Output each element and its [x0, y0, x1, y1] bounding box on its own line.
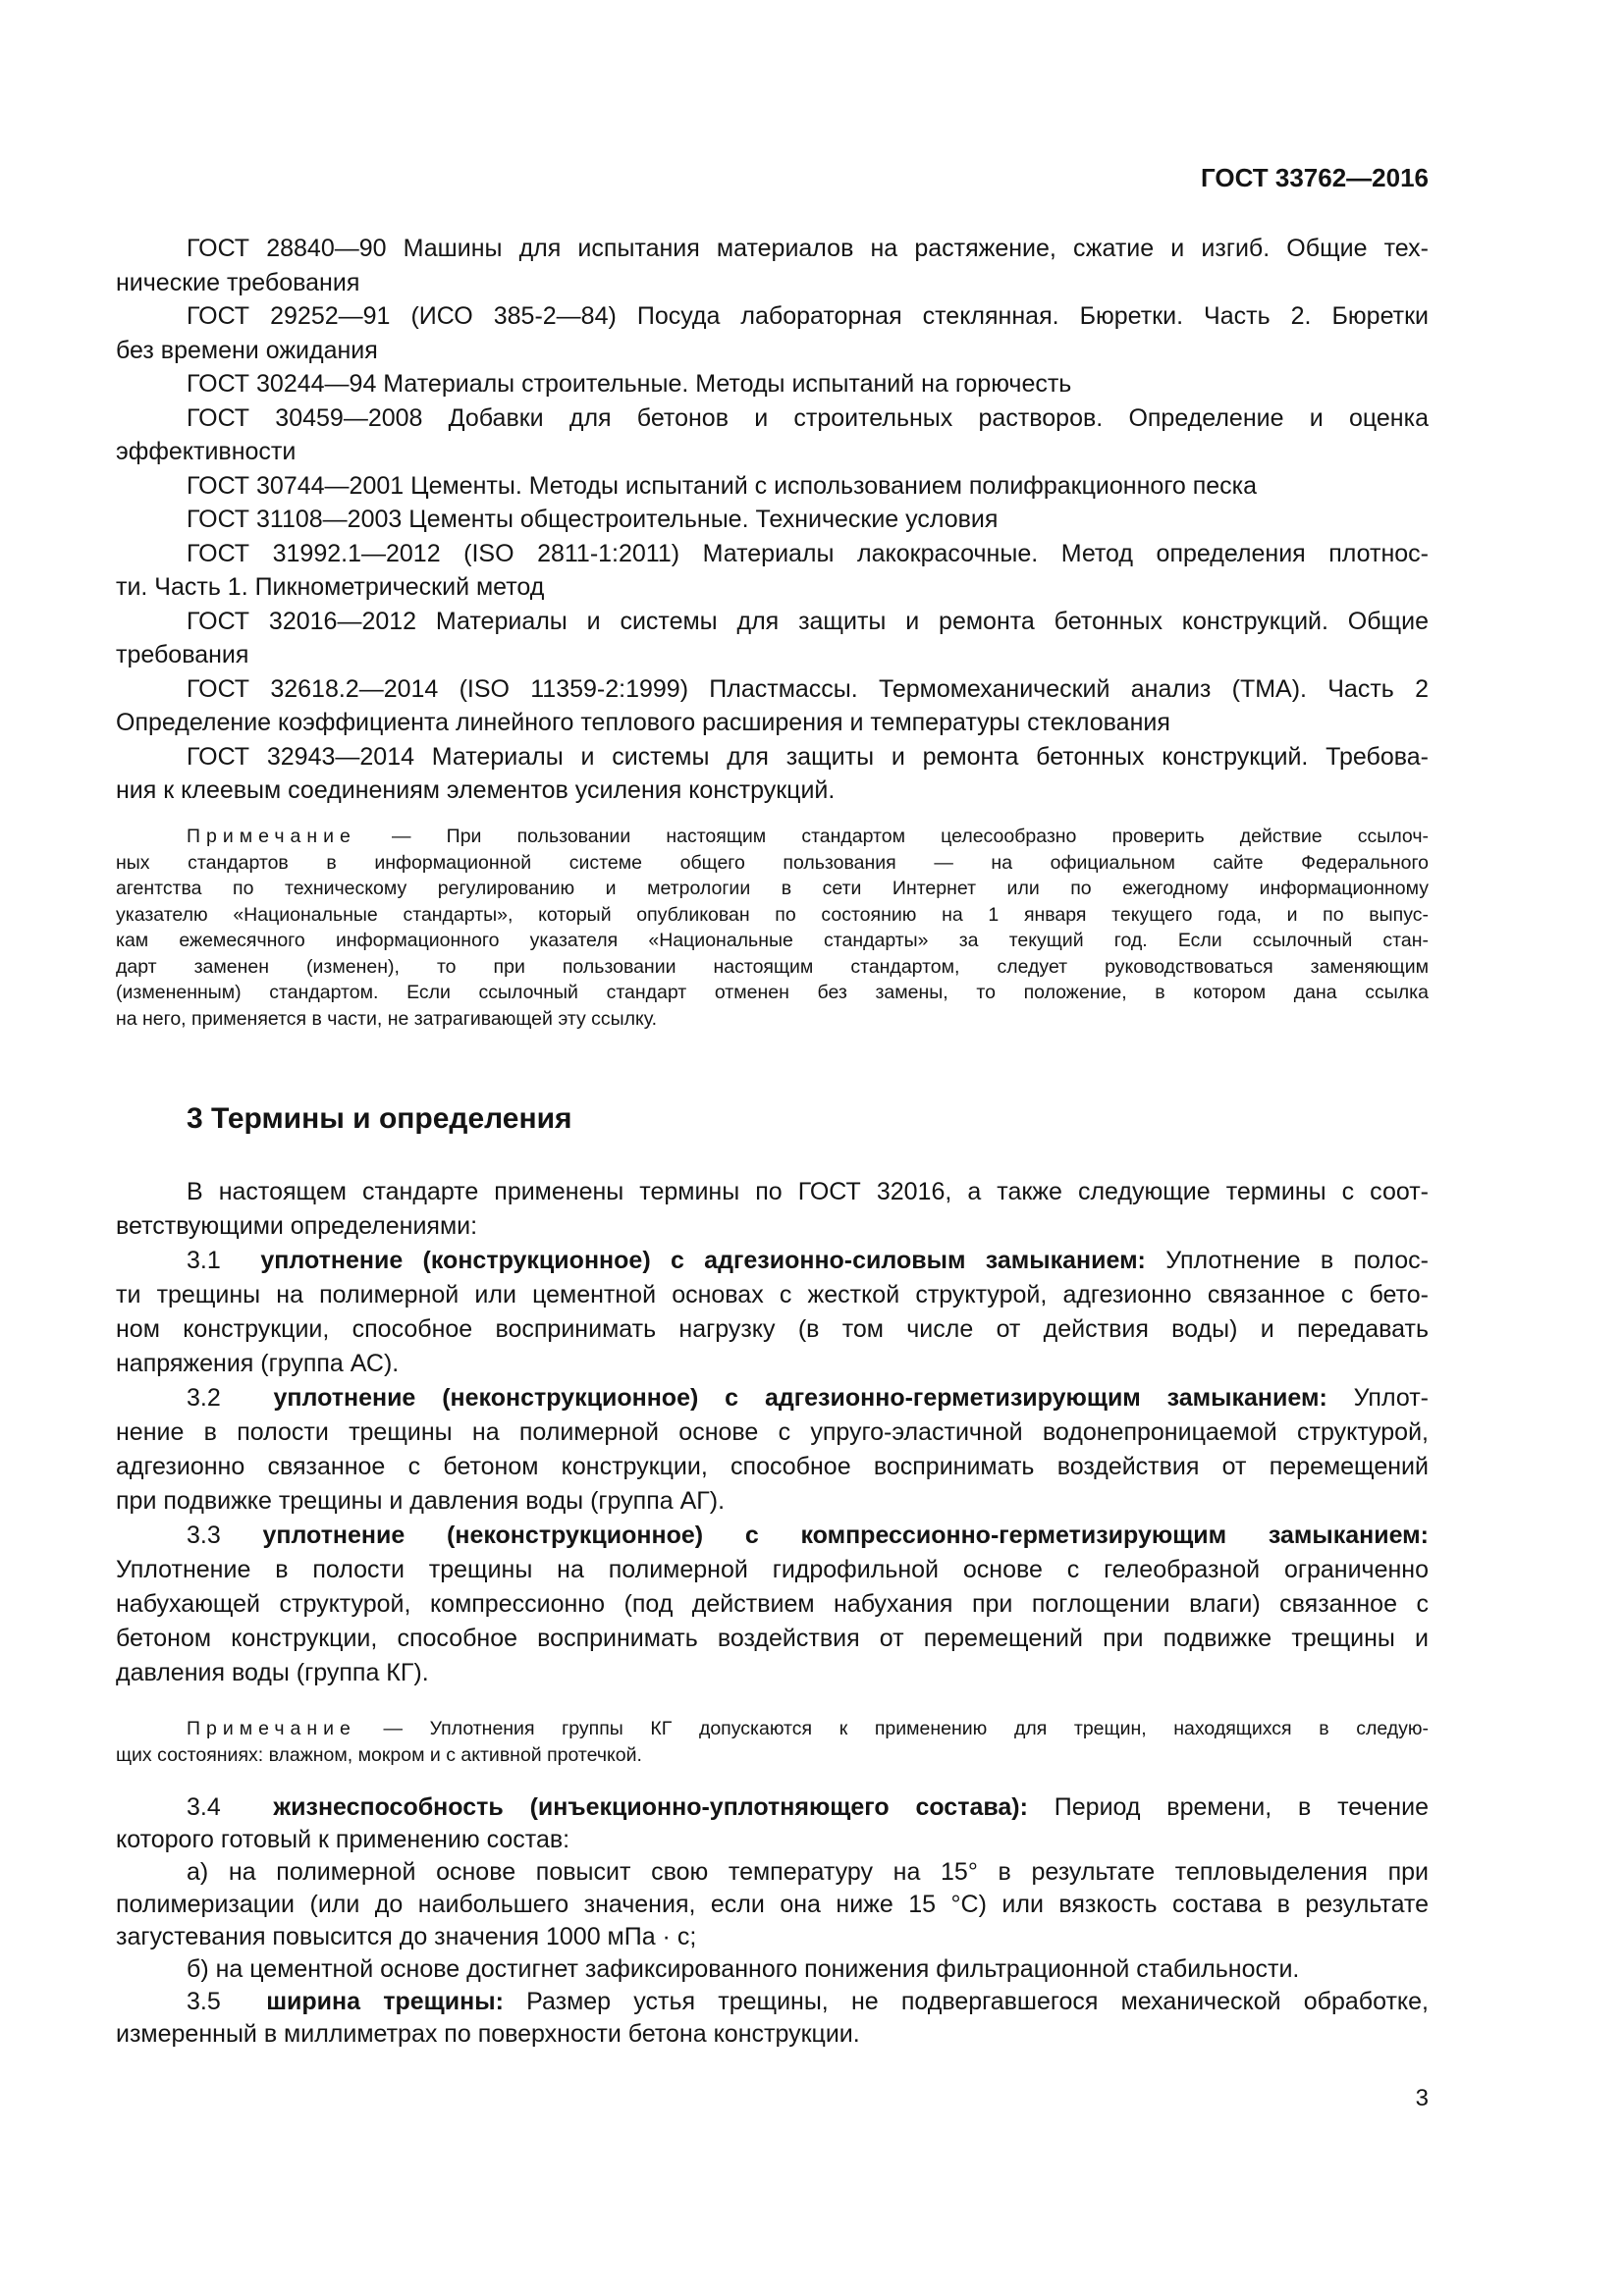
term-name: ширина трещины: — [266, 1988, 504, 2015]
note-line: щих состояниях: влажном, мокром и с акти… — [116, 1742, 1429, 1769]
page-number: 3 — [1416, 2085, 1429, 2112]
note-line: агентства по техническому регулированию … — [116, 876, 1429, 902]
reference-line: ГОСТ 31992.1—2012 (ISO 2811-1:2011) Мате… — [116, 537, 1429, 571]
term-3-1-first-line: 3.1 уплотнение (конструкционное) с адгез… — [116, 1244, 1429, 1278]
term-name: жизнеспособность (инъекционно-уплотняюще… — [273, 1793, 1028, 1821]
list-item-a-line: полимеризации (или до наибольшего значен… — [116, 1889, 1429, 1921]
term-line: давления воды (группа КГ). — [116, 1656, 1429, 1690]
term-line: адгезионно связанное с бетоном конструкц… — [116, 1450, 1429, 1484]
reference-line: ГОСТ 32943—2014 Материалы и системы для … — [116, 740, 1429, 774]
reference-line: ГОСТ 29252—91 (ИСО 385-2—84) Посуда лабо… — [116, 299, 1429, 334]
reference-line: ГОСТ 30244—94 Материалы строительные. Ме… — [116, 367, 1429, 401]
term-line: ти трещины на полимерной или цементной о… — [116, 1278, 1429, 1312]
term-3-2-first-line: 3.2 уплотнение (неконструкционное) с адг… — [116, 1381, 1429, 1415]
reference-line: ГОСТ 31108—2003 Цементы общестроительные… — [116, 503, 1429, 537]
reference-line: ти. Часть 1. Пикнометрический метод — [116, 570, 1429, 605]
term-number: 3.2 — [187, 1384, 221, 1412]
terms-definitions-continued: 3.4 жизнеспособность (инъекционно-уплотн… — [116, 1791, 1429, 2051]
note-line: ных стандартов в информационной системе … — [116, 850, 1429, 877]
note-line: (измененным) стандартом. Если ссылочный … — [116, 980, 1429, 1006]
term-number: 3.4 — [187, 1793, 221, 1821]
section-heading: 3 Термины и определения — [187, 1101, 572, 1137]
term-name: уплотнение (неконструкционное) с компрес… — [262, 1522, 1429, 1549]
reference-line: ния к клеевым соединениям элементов усил… — [116, 774, 1429, 808]
document-header-id: ГОСТ 33762—2016 — [1201, 163, 1429, 192]
list-item-a-line: загустевания повысится до значения 1000 … — [116, 1921, 1429, 1953]
list-item-a: а) на полимерной основе повысит свою тем… — [116, 1856, 1429, 1889]
term-line: при подвижке трещины и давления воды (гр… — [116, 1484, 1429, 1519]
reference-line: ГОСТ 32618.2—2014 (ISO 11359-2:1999) Пла… — [116, 672, 1429, 707]
reference-line: ГОСТ 30459—2008 Добавки для бетонов и ст… — [116, 401, 1429, 436]
term-line: которого готовый к применению состав: — [116, 1824, 1429, 1856]
list-item-b: б) на цементной основе достигнет зафикси… — [116, 1953, 1429, 1986]
term-line: измеренный в миллиметрах по поверхности … — [116, 2018, 1429, 2051]
term-line: напряжения (группа АС). — [116, 1347, 1429, 1381]
term-number: 3.3 — [187, 1522, 221, 1549]
note-label: Примечание — [187, 826, 356, 847]
term-3-3-first-line: 3.3 уплотнение (неконструкционное) с ком… — [116, 1519, 1429, 1553]
term-line: ном конструкции, способное воспринимать … — [116, 1312, 1429, 1347]
note-line: на него, применяется в части, не затраги… — [116, 1006, 1429, 1033]
terms-definitions: В настоящем стандарте применены термины … — [116, 1175, 1429, 1690]
reference-line: ГОСТ 32016—2012 Материалы и системы для … — [116, 605, 1429, 639]
term-line: набухающей структурой, компрессионно (по… — [116, 1587, 1429, 1622]
note-line: Примечание — Уплотнения группы КГ допуск… — [116, 1716, 1429, 1742]
term-line: нение в полости трещины на полимерной ос… — [116, 1415, 1429, 1450]
reference-line: требования — [116, 638, 1429, 672]
note-line: дарт заменен (изменен), то при пользован… — [116, 954, 1429, 981]
term-number: 3.5 — [187, 1988, 221, 2015]
note-line: Примечание — При пользовании настоящим с… — [116, 824, 1429, 850]
intro-line: В настоящем стандарте применены термины … — [116, 1175, 1429, 1209]
note-group-kg: Примечание — Уплотнения группы КГ допуск… — [116, 1716, 1429, 1768]
reference-line: нические требования — [116, 266, 1429, 300]
reference-line: ГОСТ 30744—2001 Цементы. Методы испытани… — [116, 469, 1429, 504]
note-line: кам ежемесячного информационного указате… — [116, 928, 1429, 954]
note-label: Примечание — [187, 1718, 356, 1739]
term-3-4-first-line: 3.4 жизнеспособность (инъекционно-уплотн… — [116, 1791, 1429, 1824]
intro-line: ветствующими определениями: — [116, 1209, 1429, 1244]
note-line: указателю «Национальные стандарты», кото… — [116, 902, 1429, 929]
reference-line: Определение коэффициента линейного тепло… — [116, 706, 1429, 740]
reference-line: ГОСТ 28840—90 Машины для испытания матер… — [116, 232, 1429, 266]
normative-references-list: ГОСТ 28840—90 Машины для испытания матер… — [116, 232, 1429, 808]
term-3-5-first-line: 3.5 ширина трещины: Размер устья трещины… — [116, 1986, 1429, 2018]
term-name: уплотнение (конструкционное) с адгезионн… — [260, 1247, 1145, 1274]
reference-line: без времени ожидания — [116, 334, 1429, 368]
term-number: 3.1 — [187, 1247, 221, 1274]
reference-line: эффективности — [116, 435, 1429, 469]
note-references: Примечание — При пользовании настоящим с… — [116, 824, 1429, 1032]
term-name: уплотнение (неконструкционное) с адгезио… — [274, 1384, 1327, 1412]
term-line: бетоном конструкции, способное восприним… — [116, 1622, 1429, 1656]
term-line: Уплотнение в полости трещины на полимерн… — [116, 1553, 1429, 1587]
